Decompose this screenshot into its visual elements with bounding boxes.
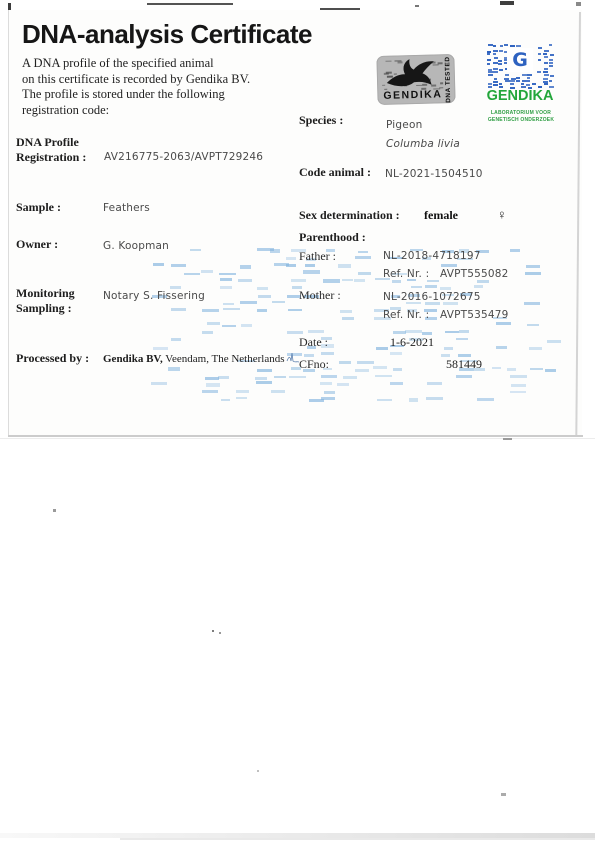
mother-value: NL-2016-1072675 (383, 291, 481, 303)
mother-label: Mother : (299, 288, 341, 303)
father-ref-label: Ref. Nr. : (383, 268, 429, 280)
intro-line: on this certificate is recorded by Gendi… (22, 72, 250, 88)
scan-speck (257, 770, 259, 772)
cfno-label: CFno: (299, 357, 329, 372)
mother-ref-value: AVPT535479 (440, 309, 509, 321)
registration-label-line2: Registration : (16, 150, 86, 165)
processed-value: Gendika BV, Veendam, The Netherlands (103, 352, 300, 365)
intro-line: A DNA profile of the specified animal (22, 56, 250, 72)
species-label: Species : (299, 113, 343, 128)
stamp-side-text: DNA TESTED (444, 56, 452, 102)
monitoring-label-line2: Sampling : (16, 301, 75, 316)
registration-label: DNA Profile Registration : (16, 135, 86, 165)
scan-artifact (576, 2, 581, 6)
intro-line: registration code: (22, 103, 250, 119)
signature-squiggle-icon (286, 352, 300, 364)
scan-artifact (147, 3, 233, 5)
owner-label: Owner : (16, 237, 58, 252)
page-title: DNA-analysis Certificate (22, 19, 312, 50)
sample-label: Sample : (16, 200, 61, 215)
owner-value: G. Koopman (103, 240, 169, 252)
monitoring-value: Notary S. Fissering (103, 290, 205, 302)
gendika-logo-wordmark: GENDIKA (486, 88, 554, 104)
page-bottom-shadow2 (120, 838, 595, 840)
scan-speck (501, 793, 506, 796)
scanned-certificate-page: DNA-analysis Certificate A DNA profile o… (0, 0, 595, 841)
gendika-logo-g: G (507, 48, 533, 72)
gendika-logo-subtitle: LABORATORIUM VOOR GENETISCH ONDERZOEK (481, 110, 561, 123)
logo-subtitle-line2: GENETISCH ONDERZOEK (481, 117, 561, 124)
date-value: 1-6-2021 (390, 335, 434, 350)
date-label: Date : (299, 335, 328, 350)
scan-artifact (500, 1, 514, 5)
processed-value-location: Veendam, The Netherlands (163, 353, 285, 365)
scan-artifact (503, 438, 512, 440)
code-animal-label: Code animal : (299, 165, 371, 180)
species-latin-value: Columba livia (386, 138, 460, 150)
processed-label: Processed by : (16, 351, 89, 366)
monitoring-label-line1: Monitoring (16, 286, 75, 301)
sex-determination-value: female (424, 208, 458, 223)
pigeon-icon (380, 56, 443, 92)
monitoring-label: Monitoring Sampling : (16, 286, 75, 316)
father-value: NL-2018-4718197 (383, 250, 481, 262)
scan-artifact (415, 5, 419, 7)
female-symbol-icon: ♀ (497, 207, 507, 223)
registration-label-line1: DNA Profile (16, 135, 86, 150)
scan-speck (53, 509, 56, 512)
father-label: Father : (299, 249, 336, 264)
cfno-value: 581449 (446, 357, 482, 372)
mother-ref-label: Ref. Nr. : (383, 309, 429, 321)
processed-value-company: Gendika BV, (103, 353, 163, 365)
sex-determination-label: Sex determination : (299, 208, 400, 223)
parenthood-label: Parenthood : (299, 230, 366, 245)
code-animal-value: NL-2021-1504510 (385, 168, 483, 180)
scan-speck (219, 632, 221, 634)
scan-speck (212, 630, 214, 632)
species-value: Pigeon (386, 119, 422, 131)
dna-tested-stamp: GENDIKA DNA TESTED (376, 54, 455, 105)
intro-paragraph: A DNA profile of the specified animal on… (22, 56, 250, 118)
father-ref-value: AVPT555082 (440, 268, 509, 280)
intro-line: The profile is stored under the followin… (22, 87, 250, 103)
sample-value: Feathers (103, 202, 150, 214)
registration-value: AV216775-2063/AVPT729246 (104, 151, 263, 163)
logo-subtitle-line1: LABORATORIUM VOOR (481, 110, 561, 117)
stamp-brand-text: GENDIKA (383, 88, 442, 102)
sheet-bottom-edge (8, 435, 583, 437)
